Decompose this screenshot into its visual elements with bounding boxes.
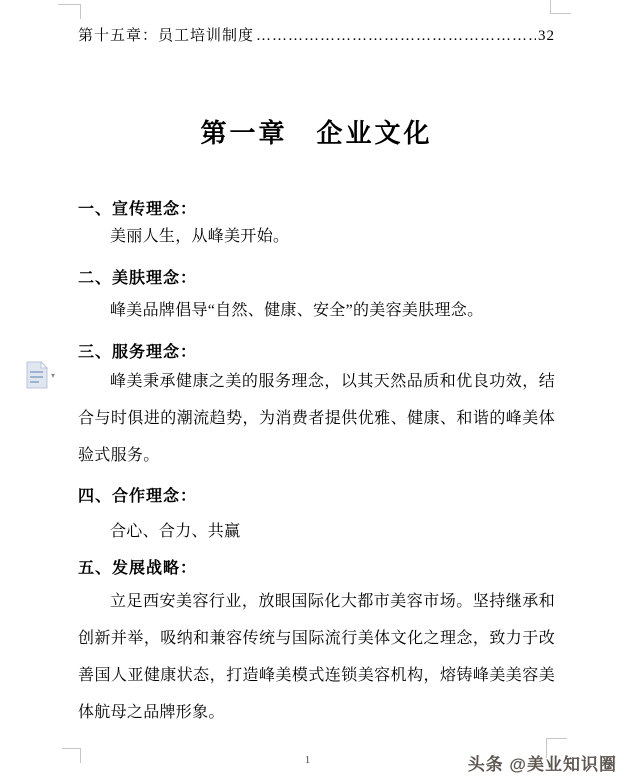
section-body-3: 峰美秉承健康之美的服务理念，以其天然品质和优良功效，结合与时俱进的潮流趋势，为消… bbox=[78, 363, 555, 474]
crop-mark-top-right bbox=[550, 0, 571, 14]
toc-leader-dots: ……………………………………………………………… bbox=[256, 28, 536, 45]
section-heading-3: 三、服务理念： bbox=[78, 339, 555, 362]
section-heading-4: 四、合作理念： bbox=[78, 483, 555, 506]
chapter-title: 第一章 企业文化 bbox=[78, 113, 555, 150]
paste-options-widget[interactable]: ▾ bbox=[26, 361, 55, 394]
toc-entry-text: 第十五章：员工培训制度 bbox=[78, 24, 254, 45]
watermark-toutiao: 头条 @美业知识圈 bbox=[468, 750, 617, 775]
section-heading-1: 一、宣传理念： bbox=[78, 196, 555, 219]
crop-mark-top-left bbox=[58, 4, 81, 19]
section-body-4: 合心、合力、共赢 bbox=[78, 513, 555, 550]
document-page: 第十五章：员工培训制度 ……………………………………………………………… 32 … bbox=[0, 0, 625, 782]
toc-page-number: 32 bbox=[538, 28, 555, 45]
section-body-2: 峰美品牌倡导“自然、健康、安全”的美容美肤理念。 bbox=[78, 292, 555, 329]
section-heading-2: 二、美肤理念： bbox=[78, 265, 555, 288]
toc-entry-row: 第十五章：员工培训制度 ……………………………………………………………… 32 bbox=[78, 24, 555, 45]
dropdown-caret-icon[interactable]: ▾ bbox=[51, 371, 55, 380]
document-icon bbox=[26, 361, 48, 394]
section-body-1: 美丽人生，从峰美开始。 bbox=[78, 218, 555, 255]
section-body-5: 立足西安美容行业，放眼国际化大都市美容市场。坚持继承和创新并举，吸纳和兼容传统与… bbox=[78, 583, 555, 731]
section-heading-5: 五、发展战略： bbox=[78, 555, 555, 578]
